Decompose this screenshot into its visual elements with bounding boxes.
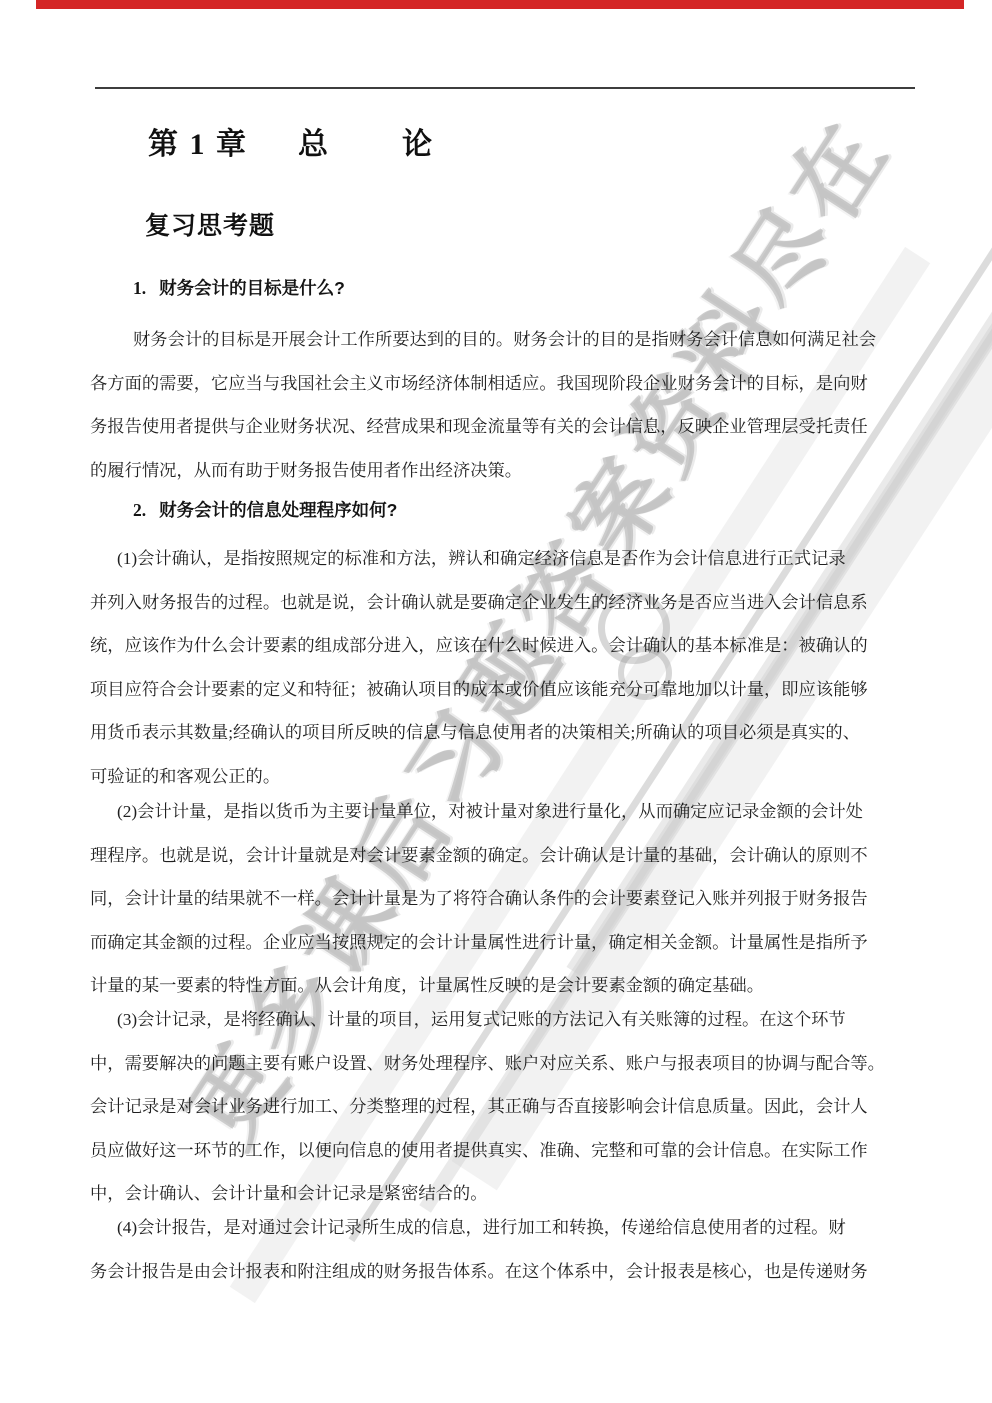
- answer-text-line: 各方面的需要，它应当与我国社会主义市场经济体制相适应。我国现阶段企业财务会计的目…: [90, 362, 920, 406]
- question-2-heading: 2.财务会计的信息处理程序如何?: [133, 498, 397, 522]
- answer-2-paragraph-3: (3)会计记录，是将经确认、计量的项目，运用复式记账的方法记入有关账簿的过程。在…: [90, 998, 920, 1216]
- answer-2-paragraph-4: (4)会计报告，是对通过会计记录所生成的信息，进行加工和转换，传递给信息使用者的…: [90, 1206, 920, 1293]
- chapter-name: 总 论: [298, 128, 454, 161]
- header-divider: [95, 87, 915, 89]
- answer-text-line: 并列入财务报告的过程。也就是说，会计确认就是要确定企业发生的经济业务是否应当进入…: [90, 581, 920, 625]
- review-questions-heading: 复习思考题: [145, 209, 275, 243]
- answer-text-line: 员应做好这一环节的工作，以便向信息的使用者提供真实、准确、完整和可靠的会计信息。…: [90, 1129, 920, 1173]
- question-1-text: 财务会计的目标是什么?: [159, 278, 345, 298]
- answer-text-line: 会计记录是对会计业务进行加工、分类整理的过程，其正确与否直接影响会计信息质量。因…: [90, 1085, 920, 1129]
- document-page: 更多课后习题答案资料尽在 第 1 章总 论 复习思考题 1.财务会计的目标是什么…: [0, 0, 992, 1403]
- chapter-title: 第 1 章总 论: [148, 124, 454, 166]
- answer-text-line: 统，应该作为什么会计要素的组成部分进入，应该在什么时候进入。会计确认的基本标准是…: [90, 624, 920, 668]
- chapter-number: 第 1 章: [148, 128, 248, 161]
- question-2-text: 财务会计的信息处理程序如何?: [159, 500, 397, 520]
- answer-text-line: (1)会计确认，是指按照规定的标准和方法，辨认和确定经济信息是否作为会计信息进行…: [90, 537, 920, 581]
- top-red-bar: [36, 0, 964, 9]
- answer-text-line: 用货币表示其数量;经确认的项目所反映的信息与信息使用者的决策相关;所确认的项目必…: [90, 711, 920, 755]
- answer-text-line: 务会计报告是由会计报表和附注组成的财务报告体系。在这个体系中，会计报表是核心，也…: [90, 1250, 920, 1294]
- answer-text-line: 而确定其金额的过程。企业应当按照规定的会计计量属性进行计量，确定相关金额。计量属…: [90, 921, 920, 965]
- answer-text-line: 理程序。也就是说，会计计量就是对会计要素金额的确定。会计确认是计量的基础，会计确…: [90, 834, 920, 878]
- answer-2-paragraph-2: (2)会计计量，是指以货币为主要计量单位，对被计量对象进行量化，从而确定应记录金…: [90, 790, 920, 1008]
- answer-text-line: 的履行情况，从而有助于财务报告使用者作出经济决策。: [90, 449, 920, 493]
- answer-text-line: (4)会计报告，是对通过会计记录所生成的信息，进行加工和转换，传递给信息使用者的…: [90, 1206, 920, 1250]
- answer-1-paragraph: 财务会计的目标是开展会计工作所要达到的目的。财务会计的目的是指财务会计信息如何满…: [90, 318, 920, 492]
- answer-text-line: 项目应符合会计要素的定义和特征；被确认项目的成本或价值应该能充分可靠地加以计量，…: [90, 668, 920, 712]
- answer-text-line: 中，需要解决的问题主要有账户设置、财务处理程序、账户对应关系、账户与报表项目的协…: [90, 1042, 920, 1086]
- answer-text-line: (3)会计记录，是将经确认、计量的项目，运用复式记账的方法记入有关账簿的过程。在…: [90, 998, 920, 1042]
- answer-text-line: (2)会计计量，是指以货币为主要计量单位，对被计量对象进行量化，从而确定应记录金…: [90, 790, 920, 834]
- question-1-heading: 1.财务会计的目标是什么?: [133, 276, 345, 300]
- question-2-number: 2.: [133, 498, 146, 522]
- answer-2-paragraph-1: (1)会计确认，是指按照规定的标准和方法，辨认和确定经济信息是否作为会计信息进行…: [90, 537, 920, 798]
- answer-text-line: 务报告使用者提供与企业财务状况、经营成果和现金流量等有关的会计信息，反映企业管理…: [90, 405, 920, 449]
- answer-text-line: 财务会计的目标是开展会计工作所要达到的目的。财务会计的目的是指财务会计信息如何满…: [90, 318, 920, 362]
- question-1-number: 1.: [133, 276, 146, 300]
- answer-text-line: 同，会计计量的结果就不一样。会计计量是为了将符合确认条件的会计要素登记入账并列报…: [90, 877, 920, 921]
